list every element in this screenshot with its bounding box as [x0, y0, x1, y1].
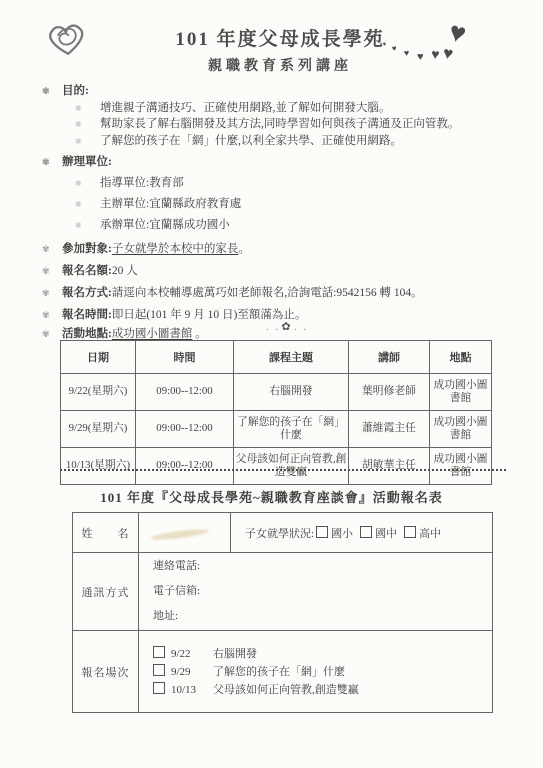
audience-line: ✾參加對象:子女就學於本校中的家長。: [42, 242, 528, 257]
flower-icon: ✿: [281, 321, 290, 333]
bullet-icon: ✾: [42, 286, 62, 301]
place-cell: 成功國小圖書館: [430, 411, 492, 448]
heart-icon: ♥: [382, 42, 387, 49]
bullet-icon: ✾: [42, 308, 62, 323]
quota-line: ✾報名名額:20 人: [42, 264, 528, 279]
bullet-icon: ❋: [75, 197, 100, 212]
schedule-table: 日期 時間 課程主題 講師 地點 9/22(星期六) 09:00--12:00 …: [60, 340, 492, 485]
dot-icon: ·: [266, 325, 269, 336]
status-option-label: 高中: [419, 528, 441, 540]
header-cell-time: 時間: [136, 341, 234, 374]
address-line: 地址:: [153, 604, 491, 629]
header-cell-topic: 課程主題: [234, 341, 349, 374]
header-cell-date: 日期: [61, 341, 136, 374]
status-option-label: 國小: [331, 528, 353, 540]
page-subtitle: 親職教育系列講座: [30, 55, 530, 75]
checkbox-icon: [153, 664, 165, 676]
document-body: ✾目的: ❋增進親子溝通技巧、正確使用網路,並了解如何開發大腦。 ❋幫助家長了解…: [42, 78, 528, 342]
session-option: 9/22右腦開發: [153, 645, 491, 663]
organizers-heading: ✾辦理單位:: [42, 155, 528, 170]
bullet-icon: ✾: [42, 155, 62, 170]
contact-row: 通訊方式 連絡電話: 電子信箱: 地址:: [73, 553, 493, 631]
status-option-label: 國中: [375, 528, 397, 540]
dot-icon: ·: [303, 325, 306, 336]
session-date: 9/29: [171, 663, 213, 681]
organizer-item: ❋承辦單位:宜蘭縣成功國小: [42, 218, 528, 233]
flower-motif: ··✿··: [236, 320, 336, 338]
email-line: 電子信箱:: [153, 579, 491, 604]
scan-smudge: [151, 527, 209, 541]
name-label-cell: 姓 名: [73, 513, 139, 553]
organizer-item: ❋主辦單位:宜蘭縣政府教育處: [42, 197, 528, 212]
heart-icon: ♥: [391, 45, 397, 54]
child-status-cell: 子女就學狀況:國小國中高中: [231, 513, 493, 553]
purpose-item: ❋了解您的孩子在「網」什麼,以利全家共學、正確使用網路。: [42, 134, 528, 149]
header-cell-place: 地點: [430, 341, 492, 374]
session-date: 10/13: [171, 681, 213, 699]
session-row: 報名場次 9/22右腦開發 9/29了解您的孩子在「網」什麼 10/13父母該如…: [73, 631, 493, 713]
time-cell: 09:00--12:00: [136, 374, 234, 411]
name-input-cell: [139, 513, 231, 553]
checkbox-icon: [153, 682, 165, 694]
speaker-cell: 胡敏華主任: [349, 448, 430, 485]
topic-cell: 父母該如何正向管教,創造雙贏: [234, 448, 349, 485]
heart-icon: ♥: [404, 49, 410, 58]
session-label-cell: 報名場次: [73, 631, 139, 713]
time-cell: 09:00--12:00: [136, 448, 234, 485]
time-cell: 09:00--12:00: [136, 411, 234, 448]
purpose-item: ❋增進親子溝通技巧、正確使用網路,並了解如何開發大腦。: [42, 101, 528, 116]
checkbox-icon: [404, 526, 416, 538]
bullet-icon: ❋: [75, 117, 100, 132]
speaker-cell: 葉明修老師: [349, 374, 430, 411]
session-options-cell: 9/22右腦開發 9/29了解您的孩子在「網」什麼 10/13父母該如何正向管教…: [139, 631, 493, 713]
bullet-icon: ✾: [42, 264, 62, 279]
registration-form-title: 101 年度『父母成長學苑~親職教育座談會』活動報名表: [0, 487, 543, 506]
heart-icon: ♥: [430, 49, 440, 64]
bullet-icon: ✾: [42, 242, 62, 257]
topic-cell: 了解您的孩子在「網」什麼: [234, 411, 349, 448]
place-cell: 成功國小圖書館: [430, 374, 492, 411]
dot-icon: ·: [294, 325, 297, 336]
contact-label-cell: 通訊方式: [73, 553, 139, 631]
place-cell: 成功國小圖書館: [430, 448, 492, 485]
header-cell-speaker: 講師: [349, 341, 430, 374]
child-status-label: 子女就學狀況:: [245, 528, 314, 540]
date-cell: 9/22(星期六): [61, 374, 136, 411]
scanned-document-page: 101 年度父母成長學苑 親職教育系列講座 ♥ ♥ ♥ ♥ ♥ ♥ ♥ ✾目的:…: [0, 0, 543, 768]
bullet-icon: ❋: [75, 134, 100, 149]
session-option: 9/29了解您的孩子在「網」什麼: [153, 663, 491, 681]
session-topic: 右腦開發: [213, 648, 257, 660]
date-cell: 9/29(星期六): [61, 411, 136, 448]
session-date: 9/22: [171, 645, 213, 663]
purpose-heading: ✾目的:: [42, 84, 528, 99]
phone-line: 連絡電話:: [153, 554, 491, 579]
bullet-icon: ❋: [75, 101, 100, 116]
schedule-row: 10/13(星期六) 09:00--12:00 父母該如何正向管教,創造雙贏 胡…: [61, 448, 492, 485]
topic-cell: 右腦開發: [234, 374, 349, 411]
checkbox-icon: [316, 526, 328, 538]
organizer-item: ❋指導單位:教育部: [42, 176, 528, 191]
checkbox-icon: [153, 646, 165, 658]
bullet-icon: ❋: [75, 176, 100, 191]
name-row: 姓 名 子女就學狀況:國小國中高中: [73, 513, 493, 553]
bullet-icon: ✾: [42, 84, 62, 99]
bullet-icon: ✾: [42, 327, 62, 342]
speaker-cell: 蕭維霞主任: [349, 411, 430, 448]
date-cell: 10/13(星期六): [61, 448, 136, 485]
session-topic: 了解您的孩子在「網」什麼: [213, 666, 345, 678]
heart-icon: ♥: [417, 52, 424, 63]
contact-lines-cell: 連絡電話: 電子信箱: 地址:: [139, 553, 493, 631]
registration-form-table: 姓 名 子女就學狀況:國小國中高中 通訊方式 連絡電話: 電子信箱: 地址: 報…: [72, 512, 493, 713]
schedule-row: 9/22(星期六) 09:00--12:00 右腦開發 葉明修老師 成功國小圖書…: [61, 374, 492, 411]
session-option: 10/13父母該如何正向管教,創造雙贏: [153, 681, 491, 699]
checkbox-icon: [360, 526, 372, 538]
session-topic: 父母該如何正向管教,創造雙贏: [213, 684, 359, 696]
dotted-separator: [60, 469, 506, 471]
schedule-header-row: 日期 時間 課程主題 講師 地點: [61, 341, 492, 374]
bullet-icon: ❋: [75, 218, 100, 233]
dot-icon: ·: [275, 325, 278, 336]
schedule-row: 9/29(星期六) 09:00--12:00 了解您的孩子在「網」什麼 蕭維霞主…: [61, 411, 492, 448]
purpose-item: ❋幫助家長了解右腦開發及其方法,同時學習如何與孩子溝通及正向管教。: [42, 117, 528, 132]
method-line: ✾報名方式:請逕向本校輔導處萬巧如老師報名,洽詢電話:9542156 轉 104…: [42, 286, 528, 301]
